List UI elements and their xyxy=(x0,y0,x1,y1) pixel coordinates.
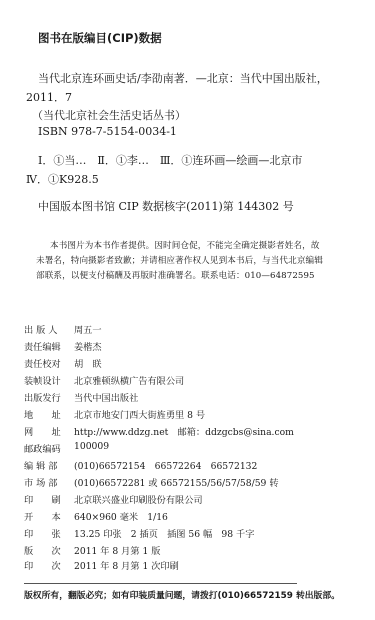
colophon-label: 出 版 人 xyxy=(24,322,74,336)
cip-title: 图书在版编目(CIP)数据 xyxy=(38,30,162,46)
colophon-row: 印 刷北京联兴盛业印刷股份有限公司 xyxy=(24,492,74,506)
colophon-row: 装帧设计北京雅顿纵横广告有限公司 xyxy=(24,373,74,387)
colophon-label: 编 辑 部 xyxy=(24,458,74,472)
colophon-value: 当代中国出版社 xyxy=(74,390,138,404)
colophon-value: (010)66572281 或 66572155/56/57/58/59 转 xyxy=(74,475,279,489)
colophon-label: 开 本 xyxy=(24,509,74,523)
colophon-row: 市 场 部(010)66572281 或 66572155/56/57/58/5… xyxy=(24,475,74,489)
colophon-value: (010)66572154 66572264 66572132 xyxy=(74,458,257,472)
photo-notice-line: 部联系，以便支付稿酬及再版时准确署名。联系电话：010—64872595 xyxy=(36,269,315,281)
colophon-row: 责任编辑姜楷杰 xyxy=(24,339,74,353)
colophon-row: 印 张13.25 印张 2 插页 插图 56 幅 98 千字 xyxy=(24,526,74,540)
cip-number: 中国版本图书馆 CIP 数据核字(2011)第 144302 号 xyxy=(38,198,294,214)
colophon-label: 责任编辑 xyxy=(24,339,74,353)
colophon-row: 网 址http://www.ddzg.net 邮箱：ddzgcbs@sina.c… xyxy=(24,424,74,438)
colophon-value: 北京联兴盛业印刷股份有限公司 xyxy=(74,492,203,506)
cip-date-line: 2011．7 xyxy=(26,89,72,105)
colophon-label: 印 次 xyxy=(24,558,74,572)
colophon-row: 出版发行当代中国出版社 xyxy=(24,390,74,404)
colophon-value: 胡 眹 xyxy=(74,356,102,370)
colophon-value: 2011 年 8 月第 1 次印刷 xyxy=(74,558,179,572)
colophon-label: 网 址 xyxy=(24,424,74,438)
copyright-footer: 版权所有，翻版必究；如有印装质量问题，请拨打(010)66572159 转出版部… xyxy=(24,588,340,601)
colophon-label: 版 次 xyxy=(24,543,74,557)
cip-bibliographic-line: 当代北京连环画史话/李劭南著．—北京：当代中国出版社， xyxy=(38,70,328,86)
colophon-row: 地 址北京市地安门西大街旌勇里 8 号 xyxy=(24,407,74,421)
colophon-value: 2011 年 8 月第 1 版 xyxy=(74,543,160,557)
colophon-row: 出 版 人周五一 xyxy=(24,322,74,336)
classification-line-2: Ⅳ．①K928.5 xyxy=(26,171,99,187)
photo-notice-line: 未署名，特向摄影者致歉；并请相应著作权人见到本书后，与当代北京编辑 xyxy=(36,254,323,266)
colophon-row: 编 辑 部(010)66572154 66572264 66572132 xyxy=(24,458,74,472)
colophon-value: 北京市地安门西大街旌勇里 8 号 xyxy=(74,407,205,421)
colophon-label: 印 刷 xyxy=(24,492,74,506)
classification-line: Ⅰ．①当… Ⅱ．①李… Ⅲ．①连环画—绘画—北京市 xyxy=(38,152,302,168)
colophon-label: 地 址 xyxy=(24,407,74,421)
photo-notice-line: 本书图片为本书作者提供。因时间仓促，不能完全确定摄影者姓名，故 xyxy=(50,239,320,251)
colophon-value: 100009 xyxy=(74,441,109,452)
colophon-value: 北京雅顿纵横广告有限公司 xyxy=(74,373,184,387)
colophon-value: http://www.ddzg.net 邮箱：ddzgcbs@sina.com xyxy=(74,424,294,438)
colophon-row: 责任校对胡 眹 xyxy=(24,356,74,370)
colophon-value: 13.25 印张 2 插页 插图 56 幅 98 千字 xyxy=(74,526,254,540)
colophon-row: 版 次2011 年 8 月第 1 版 xyxy=(24,543,74,557)
colophon-value: 姜楷杰 xyxy=(74,339,102,353)
cip-series-line: （当代北京社会生活史话丛书） xyxy=(32,107,186,123)
colophon-label: 责任校对 xyxy=(24,356,74,370)
colophon-row: 印 次2011 年 8 月第 1 次印刷 xyxy=(24,558,74,572)
divider xyxy=(24,583,297,584)
colophon-row: 开 本640×960 毫米 1/16 xyxy=(24,509,74,523)
colophon-label: 市 场 部 xyxy=(24,475,74,489)
colophon-value: 640×960 毫米 1/16 xyxy=(74,509,168,523)
colophon-label: 印 张 xyxy=(24,526,74,540)
colophon-row: 邮政编码100009 xyxy=(24,441,74,455)
isbn: ISBN 978-7-5154-0034-1 xyxy=(38,125,177,138)
colophon-value: 周五一 xyxy=(74,322,102,336)
colophon-label: 出版发行 xyxy=(24,390,74,404)
colophon-label: 邮政编码 xyxy=(24,441,74,455)
colophon-label: 装帧设计 xyxy=(24,373,74,387)
